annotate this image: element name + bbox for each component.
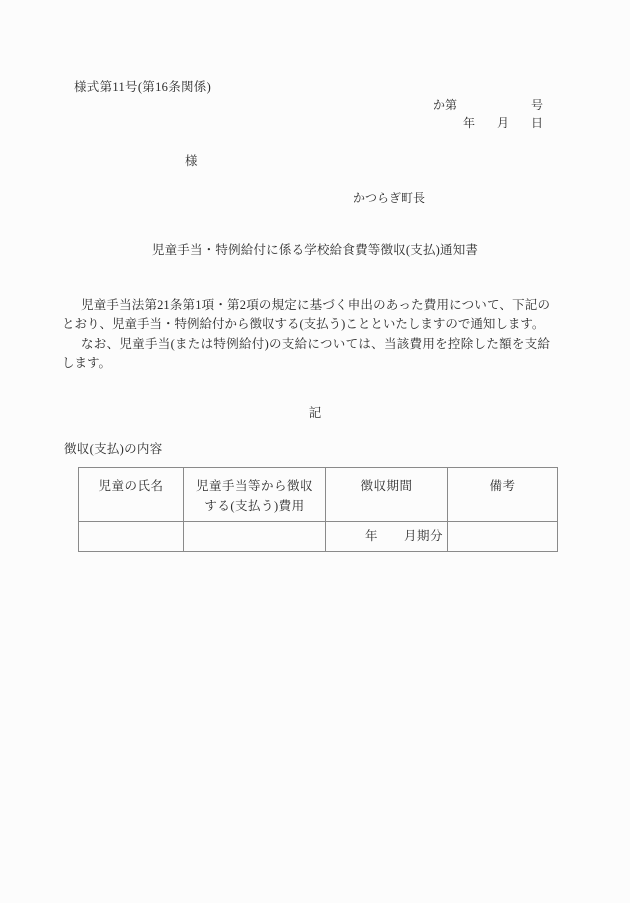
body-paragraph-1: 児童手当法第21条第1項・第2項の規定に基づく申出のあった費用について、下記のと… <box>62 296 550 335</box>
cell-period: 年 月期分 <box>326 522 448 552</box>
cell-child-name <box>79 522 184 552</box>
reference-number-line: か第 号 <box>433 99 543 111</box>
sender-name: かつらぎ町長 <box>353 192 425 204</box>
reference-suffix: 号 <box>531 99 543 111</box>
date-line: 年 月 日 <box>463 117 543 129</box>
date-year-label: 年 <box>463 117 475 129</box>
document-title: 児童手当・特例給付に係る学校給食費等徴収(支払)通知書 <box>0 244 630 257</box>
document-page: 様式第11号(第16条関係) か第 号 年 月 日 様 かつらぎ町長 児童手当・… <box>0 0 630 903</box>
header-fee: 児童手当等から徴収する(支払う)費用 <box>184 468 326 522</box>
addressee-honorific: 様 <box>185 155 198 168</box>
header-child-name: 児童の氏名 <box>79 468 184 522</box>
fee-table: 児童の氏名 児童手当等から徴収する(支払う)費用 徴収期間 備考 年 月期分 <box>78 467 558 552</box>
header-period: 徴収期間 <box>326 468 448 522</box>
record-heading: 記 <box>0 407 630 420</box>
reference-prefix: か第 <box>433 99 457 111</box>
fee-table-data-row: 年 月期分 <box>79 522 558 552</box>
date-month-label: 月 <box>497 117 509 129</box>
body-paragraph-2: なお、児童手当(または特例給付)の支給については、当該費用を控除した額を支給しま… <box>62 335 550 374</box>
body-text: 児童手当法第21条第1項・第2項の規定に基づく申出のあった費用について、下記のと… <box>62 296 550 373</box>
cell-fee <box>184 522 326 552</box>
header-remarks: 備考 <box>448 468 558 522</box>
fee-table-header-row: 児童の氏名 児童手当等から徴収する(支払う)費用 徴収期間 備考 <box>79 468 558 522</box>
cell-remarks <box>448 522 558 552</box>
date-day-label: 日 <box>531 117 543 129</box>
form-number: 様式第11号(第16条関係) <box>74 81 211 94</box>
section-label: 徴収(支払)の内容 <box>64 443 163 456</box>
